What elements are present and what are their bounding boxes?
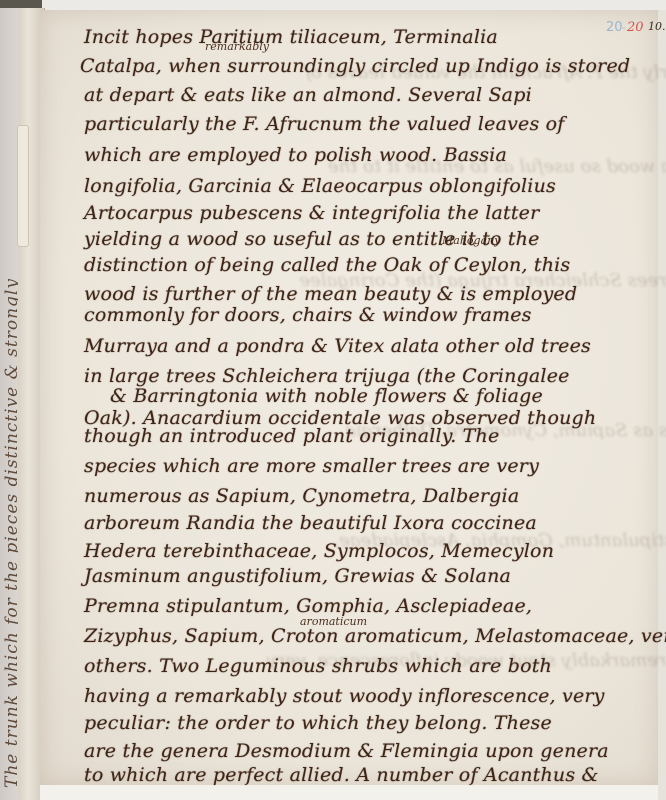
manuscript-line: Hedera terebinthaceae, Symplocos, Memecy… (84, 540, 554, 562)
manuscript-line: in large trees Schleichera trijuga (the … (84, 365, 570, 387)
manuscript-line: Premna stipulantum, Gomphia, Asclepiadea… (84, 595, 532, 617)
page-right-edge (658, 10, 666, 800)
manuscript-line: longifolia, Garcinia & Elaeocarpus oblon… (84, 175, 556, 197)
manuscript-line: species which are more smaller trees are… (84, 455, 539, 477)
manuscript-line: at depart & eats like an almond. Several… (84, 84, 532, 106)
manuscript-line: having a remarkably stout woody inflores… (84, 685, 605, 707)
folio-separator: - (622, 23, 626, 34)
scan-corner-shadow (0, 0, 42, 8)
manuscript-line: & Barringtonia with noble flowers & foli… (110, 385, 543, 407)
manuscript-line: Incit hopes Paritium tiliaceum, Terminal… (84, 26, 498, 48)
folio-number-blue: 20 (606, 20, 623, 35)
manuscript-line: peculiar: the order to which they belong… (84, 712, 552, 734)
manuscript-line: Murraya and a pondra & Vitex alata other… (84, 335, 591, 357)
manuscript-line: Zizyphus, Sapium, Croton aromaticum, Mel… (84, 625, 666, 647)
manuscript-line: Jasminum angustifolium, Grewias & Solana (84, 565, 511, 587)
folio-number-ink: 10. (648, 20, 666, 33)
manuscript-line: Catalpa, when surroundingly circled up I… (80, 55, 630, 77)
manuscript-line: others. Two Leguminous shrubs which are … (84, 655, 552, 677)
manuscript-line: particularly the F. Afrucnum the valued … (84, 113, 565, 135)
manuscript-line: which are employed to polish wood. Bassi… (84, 144, 507, 166)
manuscript-line: arboreum Randia the beautiful Ixora cocc… (84, 512, 537, 534)
manuscript-line: Artocarpus pubescens & integrifolia the … (84, 202, 539, 224)
manuscript-line: commonly for doors, chairs & window fram… (84, 304, 532, 326)
manuscript-line: though an introduced plant originally. T… (84, 425, 499, 447)
manuscript-line: distinction of being called the Oak of C… (84, 254, 570, 276)
manuscript-line: to which are perfect allied. A number of… (84, 764, 599, 786)
scan-bottom-border (40, 785, 666, 800)
folio-number-red: 20 (627, 20, 644, 35)
manuscript-line: numerous as Sapium, Cynometra, Dalbergia (84, 485, 519, 507)
binding-guard-strip (17, 125, 29, 247)
manuscript-line: are the genera Desmodium & Flemingia upo… (84, 740, 609, 762)
manuscript-line: wood is further of the mean beauty & is … (84, 283, 577, 305)
manuscript-line: yielding a wood so useful as to entitle … (84, 228, 540, 250)
